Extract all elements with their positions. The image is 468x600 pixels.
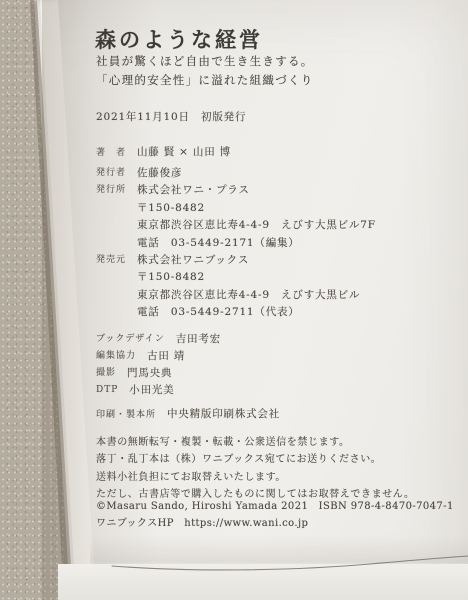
photography-label: 撮影 [96,365,116,382]
distributor-postal-code: 〒150-8482 [137,269,205,286]
printer-label: 印刷・製本所 [96,407,156,420]
distributor-phone: 電話 03-5449-2711（代表） [137,304,300,321]
book-design-value: 吉田考宏 [176,331,221,348]
photography-row: 撮影 門馬央典 [96,365,221,382]
copyright-block: ©Masaru Sando, Hiroshi Yamada 2021 ISBN … [96,499,454,533]
publisher-postal-code: 〒150-8482 [137,200,205,217]
publisher-postal-row: 〒150-8482 [96,200,376,217]
notice-line-3: 送料小社負担にてお取替えいたします。 [96,469,415,486]
author-row: 著 者 山藤 賢 × 山田 博 [96,144,231,159]
dtp-label: DTP [96,382,118,399]
publisher-phone-row: 電話 03-5449-2171（編集） [96,235,376,252]
publisher-address: 東京都渋谷区恵比寿4-4-9 えびす大黒ビル7F [137,217,376,234]
book-colophon-photo: 森のような経営 社員が驚くほど自由で生き生きする。 「心理的安全性」に溢れた組織… [0,0,468,600]
publication-info: 発行者 佐藤俊彦 発行所 株式会社ワニ・プラス 〒150-8482 東京都渋谷区… [96,165,376,322]
author-names: 山藤 賢 × 山田 博 [137,144,231,159]
book-title: 森のような経営 [95,24,263,54]
publisher-phone: 電話 03-5449-2171（編集） [137,235,300,252]
book-subtitle-line-1: 社員が驚くほど自由で生き生きする。 [96,52,314,71]
publisher-website-line: ワニブックスHP https://www.wani.co.jp [96,516,454,533]
book-design-label: ブックデザイン [96,331,165,348]
editing-support-label: 編集協力 [96,348,136,365]
staff-credits: ブックデザイン 吉田考宏 編集協力 古田 靖 撮影 門馬央典 DTP 小田光美 [96,331,221,399]
copyright-isbn-line: ©Masaru Sando, Hiroshi Yamada 2021 ISBN … [96,499,454,516]
publisher-person-row: 発行者 佐藤俊彦 [96,165,376,182]
dtp-value: 小田光美 [129,382,174,399]
distributor-company-value: 株式会社ワニブックス [137,252,249,269]
distributor-address: 東京都渋谷区恵比寿4-4-9 えびす大黒ビル [137,287,360,304]
page-bottom-shadow [90,536,468,565]
book-subtitle-line-2: 「心理的安全性」に溢れた組織づくり [96,71,314,90]
dtp-row: DTP 小田光美 [96,382,221,399]
publisher-person-label: 発行者 [96,165,137,182]
edition-date: 2021年11月10日 初版発行 [96,109,246,124]
distributor-label: 発売元 [96,252,137,269]
printer-row: 印刷・製本所 中央精版印刷株式会社 [96,406,280,421]
distributor-phone-row: 電話 03-5449-2711（代表） [96,304,376,321]
publisher-company-value: 株式会社ワニ・プラス [137,182,250,199]
photography-value: 門馬央典 [127,365,172,382]
distributor-address-row: 東京都渋谷区恵比寿4-4-9 えびす大黒ビル [96,287,376,304]
publisher-address-row: 東京都渋谷区恵比寿4-4-9 えびす大黒ビル7F [96,217,376,234]
legal-notices: 本書の無断転写・複製・転載・公衆送信を禁じます。 落丁・乱丁本は（株）ワニブック… [96,434,415,503]
distributor-company-row: 発売元 株式会社ワニブックス [96,252,376,269]
notice-line-1: 本書の無断転写・複製・転載・公衆送信を禁じます。 [96,434,415,451]
publisher-person-value: 佐藤俊彦 [137,165,182,182]
publisher-company-label: 発行所 [96,182,137,199]
book-subtitle: 社員が驚くほど自由で生き生きする。 「心理的安全性」に溢れた組織づくり [96,52,314,90]
notice-line-2: 落丁・乱丁本は（株）ワニブックス宛てにお送りください。 [96,451,415,468]
editing-support-row: 編集協力 古田 靖 [96,348,221,365]
publisher-company-row: 発行所 株式会社ワニ・プラス [96,182,376,199]
book-design-row: ブックデザイン 吉田考宏 [96,331,221,348]
editing-support-value: 古田 靖 [147,348,185,365]
page-bottom-edge [58,564,468,600]
printer-value: 中央精版印刷株式会社 [167,406,280,421]
author-label: 著 者 [96,145,137,158]
distributor-postal-row: 〒150-8482 [96,269,376,286]
